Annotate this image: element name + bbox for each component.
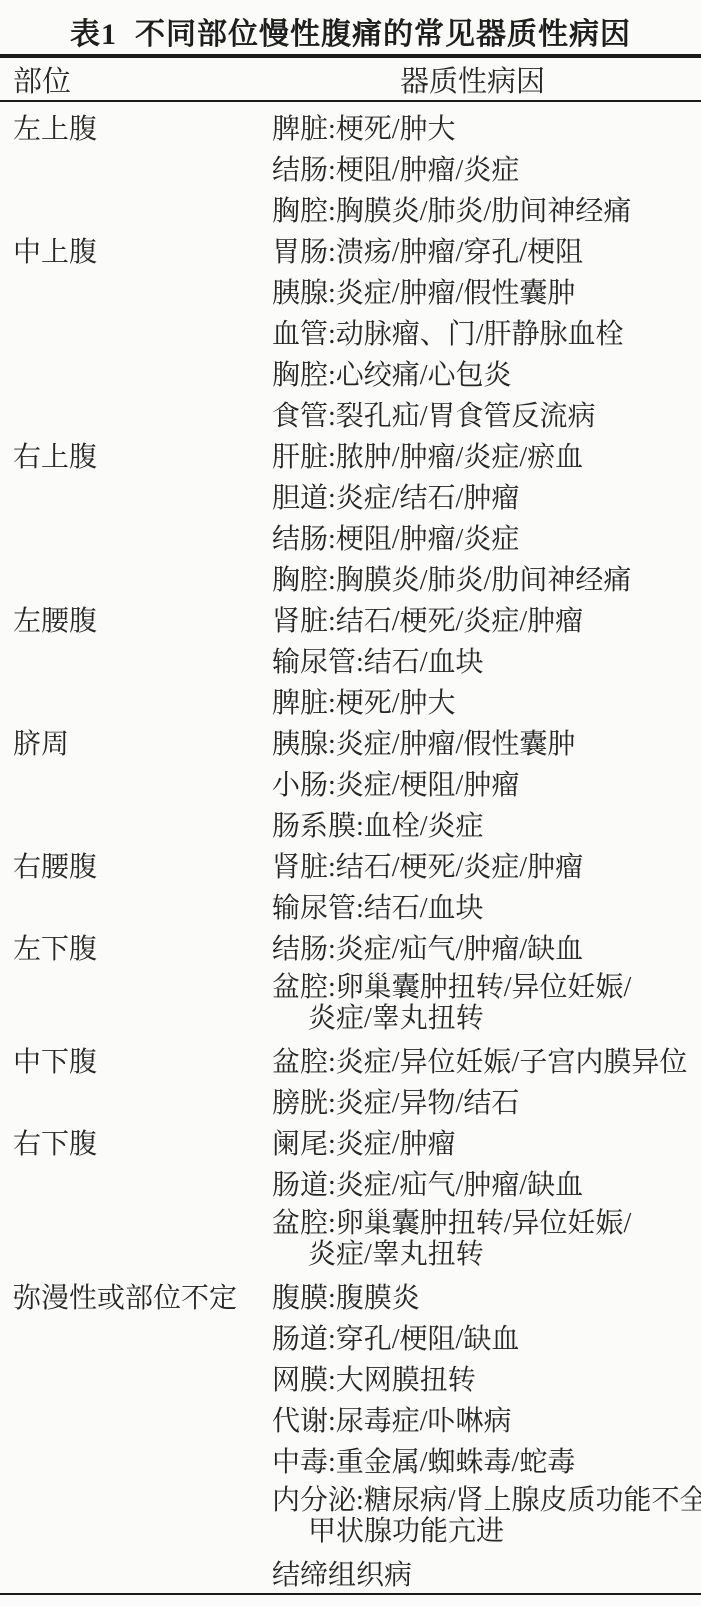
cause-line: 输尿管:结石/血块 — [272, 886, 484, 926]
cause-entry: 盆腔:炎症/异位妊娠/子宫内膜异位 — [272, 1039, 701, 1080]
table-row: 中上腹胃肠:溃疡/肿瘤/穿孔/梗阻胰腺:炎症/肿瘤/假性囊肿血管:动脉瘤、门/肝… — [0, 229, 701, 434]
cause-entry: 肾脏:结石/梗死/炎症/肿瘤 — [272, 598, 701, 639]
cause-entry: 脾脏:梗死/肿大 — [272, 106, 701, 147]
table-row: 中下腹盆腔:炎症/异位妊娠/子宫内膜异位膀胱:炎症/异物/结石 — [0, 1039, 701, 1121]
cause-continuation-line: 炎症/睾丸扭转 — [308, 1239, 701, 1270]
table-row: 右上腹肝脏:脓肿/肿瘤/炎症/瘀血胆道:炎症/结石/肿瘤结肠:梗阻/肿瘤/炎症胸… — [0, 434, 701, 598]
causes-cell: 胰腺:炎症/肿瘤/假性囊肿小肠:炎症/梗阻/肿瘤肠系膜:血栓/炎症 — [272, 721, 701, 844]
cause-line: 脾脏:梗死/肿大 — [272, 107, 456, 147]
location-cell: 右上腹 — [0, 434, 272, 475]
location-cell: 右腰腹 — [0, 844, 272, 885]
cause-continuation-line: 炎症/睾丸扭转 — [308, 1003, 701, 1034]
cause-line: 胰腺:炎症/肿瘤/假性囊肿 — [272, 722, 575, 762]
cause-entry: 中毒:重金属/蜘蛛毒/蛇毒 — [272, 1439, 701, 1480]
cause-entry: 胰腺:炎症/肿瘤/假性囊肿 — [272, 721, 701, 762]
cause-entry: 肾脏:结石/梗死/炎症/肿瘤 — [272, 844, 701, 885]
cause-entry: 输尿管:结石/血块 — [272, 885, 701, 926]
cause-entry: 胸腔:心绞痛/心包炎 — [272, 352, 701, 393]
cause-line: 肾脏:结石/梗死/炎症/肿瘤 — [272, 599, 583, 639]
location-cell: 中上腹 — [0, 229, 272, 270]
cause-entry: 脾脏:梗死/肿大 — [272, 680, 701, 721]
cause-entry: 胆道:炎症/结石/肿瘤 — [272, 475, 701, 516]
cause-line: 腹膜:腹膜炎 — [272, 1276, 420, 1316]
cause-entry: 结缔组织病 — [272, 1552, 701, 1593]
cause-entry: 胰腺:炎症/肿瘤/假性囊肿 — [272, 270, 701, 311]
cause-line: 中毒:重金属/蜘蛛毒/蛇毒 — [272, 1440, 575, 1480]
cause-entry: 胃肠:溃疡/肿瘤/穿孔/梗阻 — [272, 229, 701, 270]
cause-line: 肠道:穿孔/梗阻/缺血 — [272, 1317, 519, 1357]
cause-line: 结肠:梗阻/肿瘤/炎症 — [272, 148, 519, 188]
cause-entry: 腹膜:腹膜炎 — [272, 1275, 701, 1316]
table-bottom-rule — [0, 1593, 701, 1595]
cause-line: 胸腔:胸膜炎/肺炎/肋间神经痛 — [272, 558, 631, 598]
cause-line: 代谢:尿毒症/卟啉病 — [272, 1399, 512, 1439]
cause-line: 结肠:炎症/疝气/肿瘤/缺血 — [272, 927, 583, 967]
cause-line: 阑尾:炎症/肿瘤 — [272, 1122, 456, 1162]
table-number-label: 表1 — [70, 9, 117, 53]
table-row: 左腰腹肾脏:结石/梗死/炎症/肿瘤输尿管:结石/血块脾脏:梗死/肿大 — [0, 598, 701, 721]
causes-cell: 腹膜:腹膜炎肠道:穿孔/梗阻/缺血网膜:大网膜扭转代谢:尿毒症/卟啉病中毒:重金… — [272, 1275, 701, 1593]
table-body: 左上腹脾脏:梗死/肿大结肠:梗阻/肿瘤/炎症胸腔:胸膜炎/肺炎/肋间神经痛中上腹… — [0, 102, 701, 1593]
cause-line: 脾脏:梗死/肿大 — [272, 681, 456, 721]
cause-line: 盆腔:卵巢囊肿扭转/异位妊娠/ — [272, 1208, 701, 1239]
cause-line: 结肠:梗阻/肿瘤/炎症 — [272, 517, 519, 557]
cause-line: 食管:裂孔疝/胃食管反流病 — [272, 394, 596, 434]
cause-entry: 结肠:梗阻/肿瘤/炎症 — [272, 147, 701, 188]
cause-line: 血管:动脉瘤、门/肝静脉血栓 — [272, 312, 624, 352]
cause-entry: 血管:动脉瘤、门/肝静脉血栓 — [272, 311, 701, 352]
table-row: 右下腹阑尾:炎症/肿瘤肠道:炎症/疝气/肿瘤/缺血盆腔:卵巢囊肿扭转/异位妊娠/… — [0, 1121, 701, 1275]
document-page: 表1 不同部位慢性腹痛的常见器质性病因 部位 器质性病因 左上腹脾脏:梗死/肿大… — [0, 0, 701, 1606]
cause-line: 胃肠:溃疡/肿瘤/穿孔/梗阻 — [272, 230, 583, 270]
cause-line: 盆腔:炎症/异位妊娠/子宫内膜异位 — [272, 1040, 687, 1080]
cause-entry: 肠道:穿孔/梗阻/缺血 — [272, 1316, 701, 1357]
cause-line: 输尿管:结石/血块 — [272, 640, 484, 680]
table-row: 右腰腹肾脏:结石/梗死/炎症/肿瘤输尿管:结石/血块 — [0, 844, 701, 926]
table-row: 左下腹结肠:炎症/疝气/肿瘤/缺血盆腔:卵巢囊肿扭转/异位妊娠/炎症/睾丸扭转 — [0, 926, 701, 1039]
cause-entry: 肠系膜:血栓/炎症 — [272, 803, 701, 844]
causes-cell: 阑尾:炎症/肿瘤肠道:炎症/疝气/肿瘤/缺血盆腔:卵巢囊肿扭转/异位妊娠/炎症/… — [272, 1121, 701, 1275]
causes-cell: 肾脏:结石/梗死/炎症/肿瘤输尿管:结石/血块 — [272, 844, 701, 926]
location-cell: 弥漫性或部位不定 — [0, 1275, 272, 1316]
cause-entry: 膀胱:炎症/异物/结石 — [272, 1080, 701, 1121]
cause-line: 膀胱:炎症/异物/结石 — [272, 1081, 519, 1121]
cause-entry: 肠道:炎症/疝气/肿瘤/缺血 — [272, 1162, 701, 1203]
cause-line: 肝脏:脓肿/肿瘤/炎症/瘀血 — [272, 435, 583, 475]
table-row: 左上腹脾脏:梗死/肿大结肠:梗阻/肿瘤/炎症胸腔:胸膜炎/肺炎/肋间神经痛 — [0, 106, 701, 229]
cause-entry: 结肠:梗阻/肿瘤/炎症 — [272, 516, 701, 557]
column-header-cause: 器质性病因 — [272, 59, 701, 100]
cause-entry: 代谢:尿毒症/卟啉病 — [272, 1398, 701, 1439]
table-title: 表1 不同部位慢性腹痛的常见器质性病因 — [0, 0, 701, 54]
cause-line: 胰腺:炎症/肿瘤/假性囊肿 — [272, 271, 575, 311]
cause-entry: 胸腔:胸膜炎/肺炎/肋间神经痛 — [272, 557, 701, 598]
location-cell: 左下腹 — [0, 926, 272, 967]
cause-continuation-line: 甲状腺功能亢进 — [308, 1516, 701, 1547]
cause-line: 盆腔:卵巢囊肿扭转/异位妊娠/ — [272, 972, 701, 1003]
cause-entry: 肝脏:脓肿/肿瘤/炎症/瘀血 — [272, 434, 701, 475]
location-cell: 左腰腹 — [0, 598, 272, 639]
cause-entry: 食管:裂孔疝/胃食管反流病 — [272, 393, 701, 434]
cause-entry: 内分泌:糖尿病/肾上腺皮质功能不全/甲状腺功能亢进 — [272, 1480, 701, 1552]
table-row: 脐周胰腺:炎症/肿瘤/假性囊肿小肠:炎症/梗阻/肿瘤肠系膜:血栓/炎症 — [0, 721, 701, 844]
table-title-text: 不同部位慢性腹痛的常见器质性病因 — [135, 9, 631, 53]
cause-line: 胸腔:胸膜炎/肺炎/肋间神经痛 — [272, 189, 631, 229]
location-cell: 右下腹 — [0, 1121, 272, 1162]
cause-entry: 阑尾:炎症/肿瘤 — [272, 1121, 701, 1162]
cause-line: 内分泌:糖尿病/肾上腺皮质功能不全/ — [272, 1485, 701, 1516]
causes-cell: 肝脏:脓肿/肿瘤/炎症/瘀血胆道:炎症/结石/肿瘤结肠:梗阻/肿瘤/炎症胸腔:胸… — [272, 434, 701, 598]
cause-line: 结缔组织病 — [272, 1553, 412, 1593]
table-header-row: 部位 器质性病因 — [0, 58, 701, 100]
table-row: 弥漫性或部位不定腹膜:腹膜炎肠道:穿孔/梗阻/缺血网膜:大网膜扭转代谢:尿毒症/… — [0, 1275, 701, 1593]
cause-line: 肠道:炎症/疝气/肿瘤/缺血 — [272, 1163, 583, 1203]
cause-line: 网膜:大网膜扭转 — [272, 1358, 476, 1398]
cause-entry: 盆腔:卵巢囊肿扭转/异位妊娠/炎症/睾丸扭转 — [272, 967, 701, 1039]
column-header-location: 部位 — [0, 59, 272, 100]
causes-cell: 脾脏:梗死/肿大结肠:梗阻/肿瘤/炎症胸腔:胸膜炎/肺炎/肋间神经痛 — [272, 106, 701, 229]
causes-cell: 结肠:炎症/疝气/肿瘤/缺血盆腔:卵巢囊肿扭转/异位妊娠/炎症/睾丸扭转 — [272, 926, 701, 1039]
cause-entry: 网膜:大网膜扭转 — [272, 1357, 701, 1398]
location-cell: 脐周 — [0, 721, 272, 762]
location-cell: 中下腹 — [0, 1039, 272, 1080]
cause-entry: 胸腔:胸膜炎/肺炎/肋间神经痛 — [272, 188, 701, 229]
causes-cell: 盆腔:炎症/异位妊娠/子宫内膜异位膀胱:炎症/异物/结石 — [272, 1039, 701, 1121]
cause-line: 小肠:炎症/梗阻/肿瘤 — [272, 763, 519, 803]
causes-cell: 胃肠:溃疡/肿瘤/穿孔/梗阻胰腺:炎症/肿瘤/假性囊肿血管:动脉瘤、门/肝静脉血… — [272, 229, 701, 434]
cause-line: 肾脏:结石/梗死/炎症/肿瘤 — [272, 845, 583, 885]
cause-entry: 盆腔:卵巢囊肿扭转/异位妊娠/炎症/睾丸扭转 — [272, 1203, 701, 1275]
cause-line: 肠系膜:血栓/炎症 — [272, 804, 484, 844]
cause-entry: 小肠:炎症/梗阻/肿瘤 — [272, 762, 701, 803]
cause-line: 胆道:炎症/结石/肿瘤 — [272, 476, 519, 516]
causes-cell: 肾脏:结石/梗死/炎症/肿瘤输尿管:结石/血块脾脏:梗死/肿大 — [272, 598, 701, 721]
location-cell: 左上腹 — [0, 106, 272, 147]
cause-line: 胸腔:心绞痛/心包炎 — [272, 353, 512, 393]
cause-entry: 输尿管:结石/血块 — [272, 639, 701, 680]
cause-entry: 结肠:炎症/疝气/肿瘤/缺血 — [272, 926, 701, 967]
